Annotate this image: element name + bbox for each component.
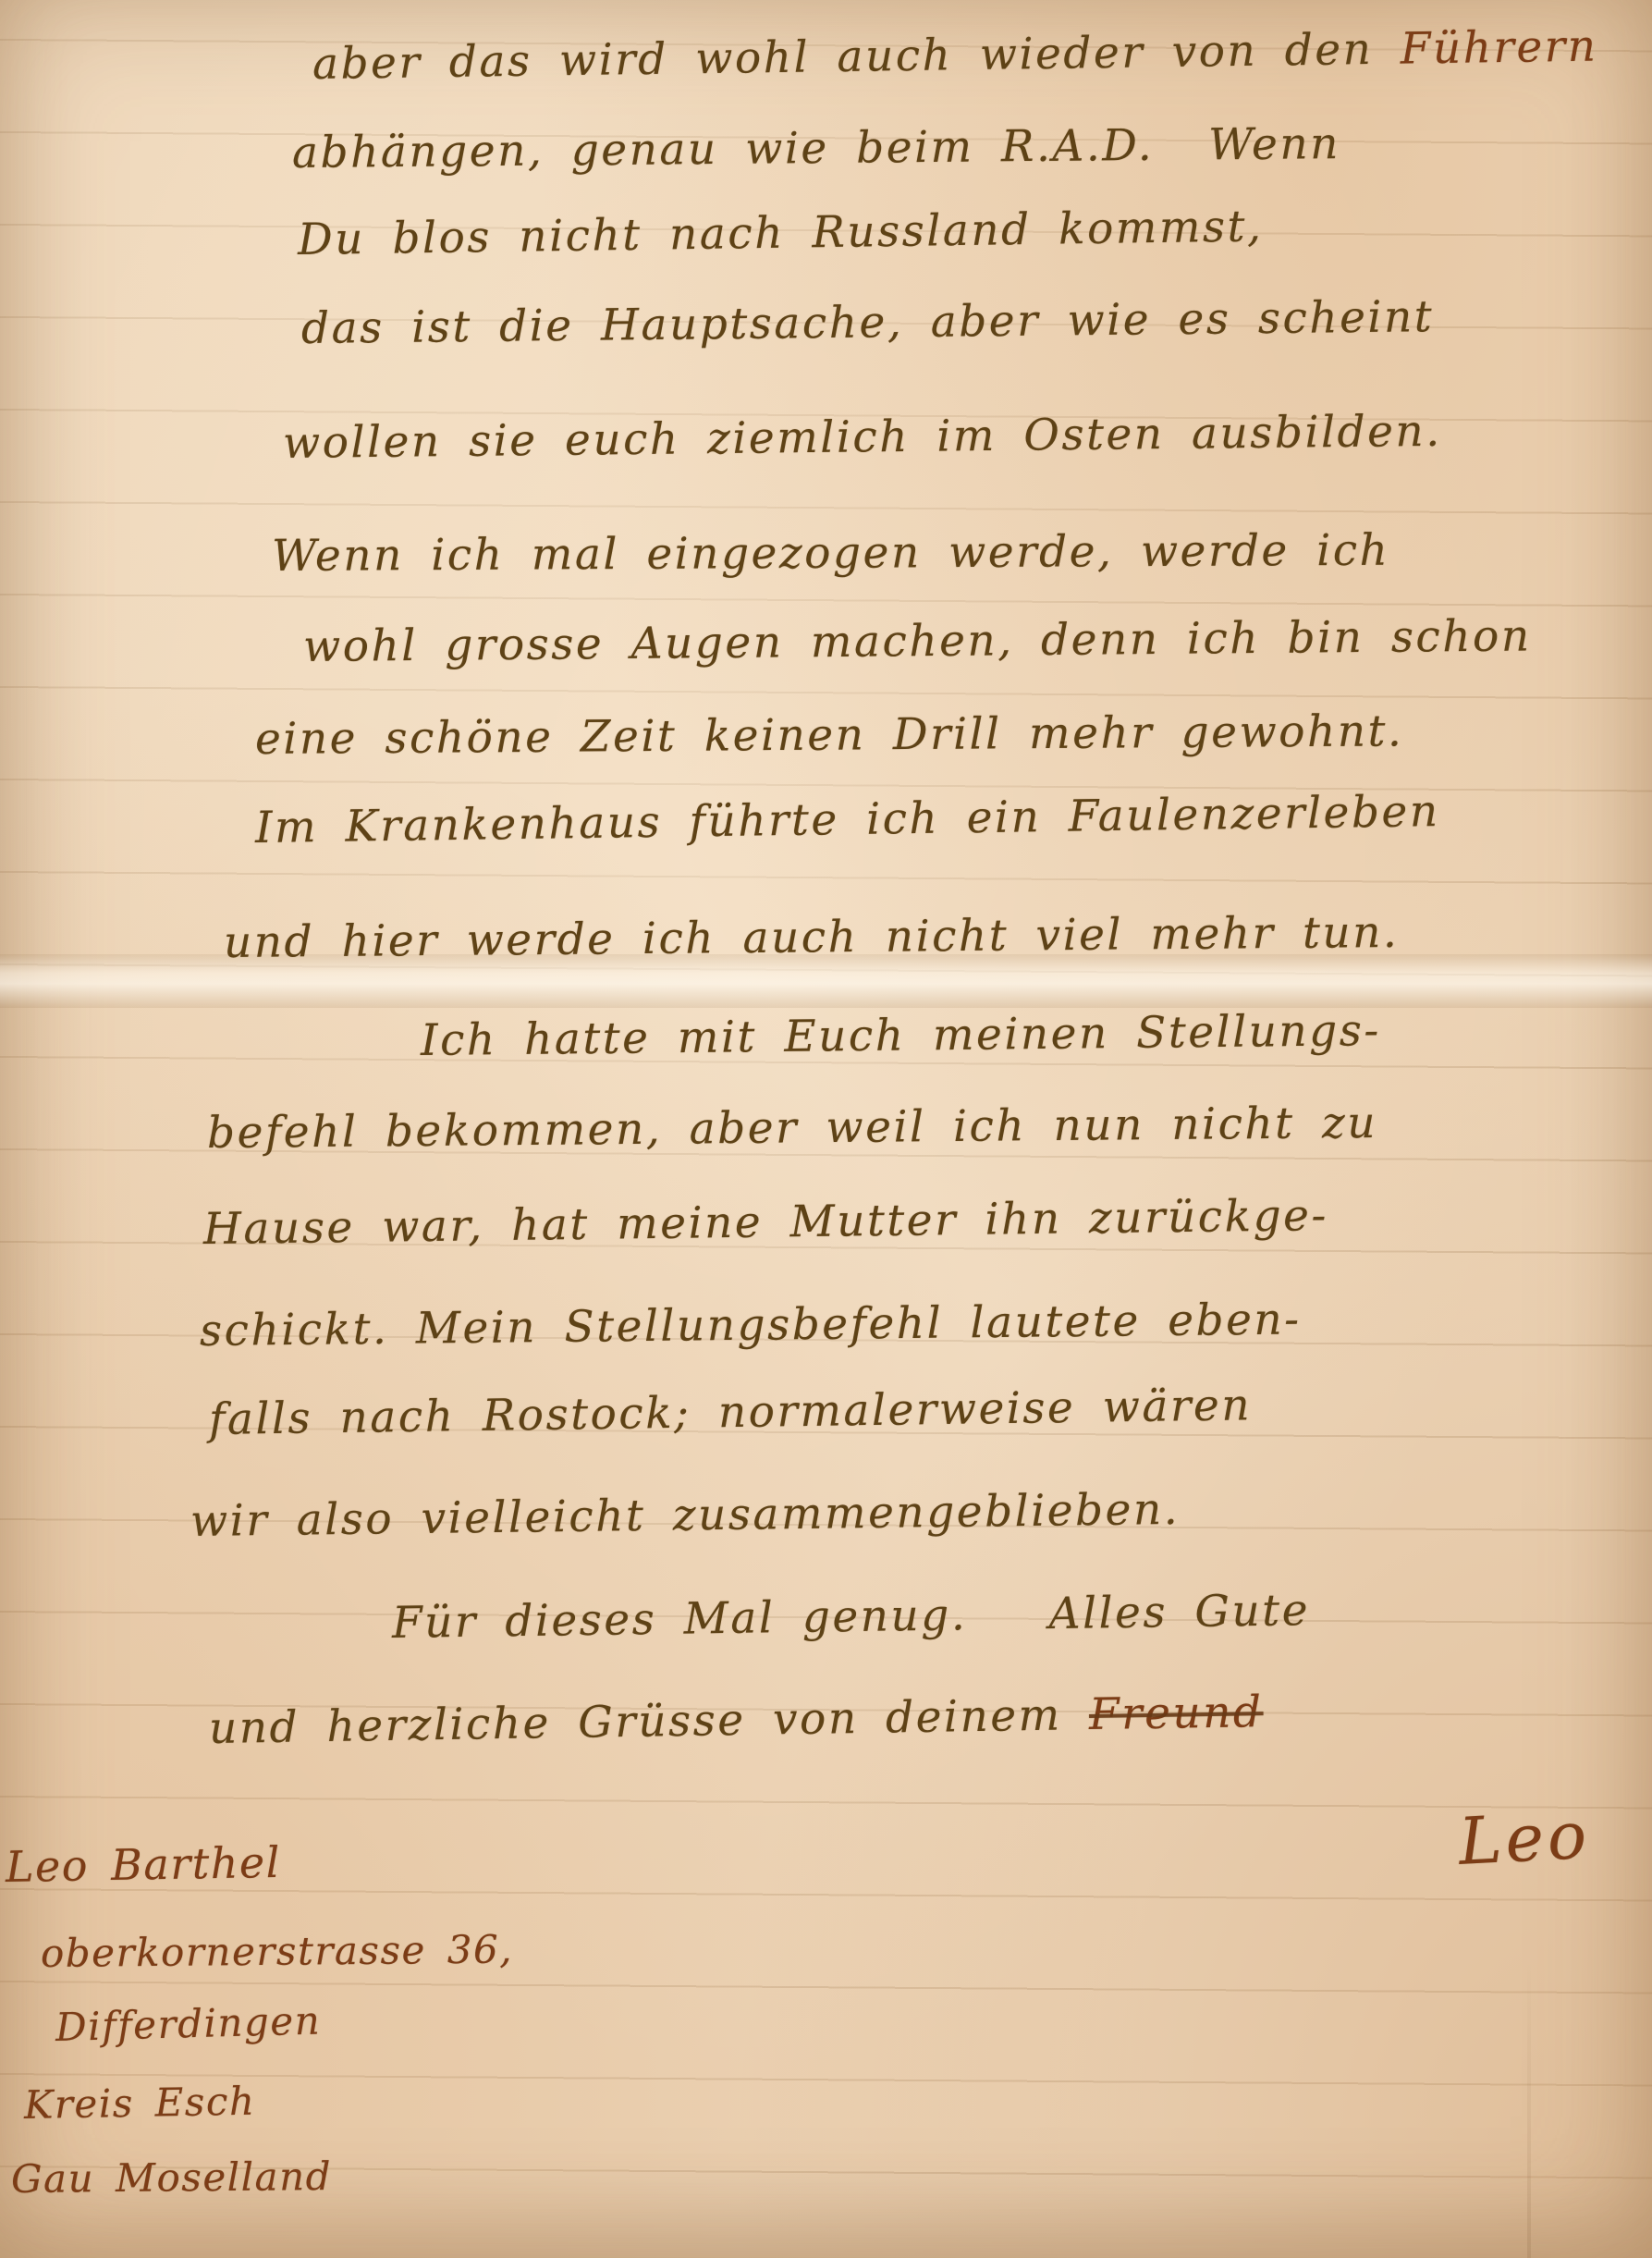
address-line: Gau Moselland [11, 2154, 332, 2203]
address-line: Kreis Esch [24, 2079, 256, 2129]
letter-page: aber das wird wohl auch wieder von den F… [0, 0, 1652, 2258]
letter-line: das ist die Hauptsache, aber wie es sche… [301, 291, 1435, 355]
letter-line: abhängen, genau wie beim R.A.D. Wenn [292, 118, 1340, 179]
letter-line: schickt. Mein Stellungsbefehl lautete eb… [200, 1295, 1302, 1358]
letter-line: Wenn ich mal eingezogen werde, werde ich [272, 525, 1390, 583]
closing-line-text: und herzliche Grüsse von deinem [209, 1689, 1090, 1754]
address-line: oberkornerstrasse 36, [41, 1927, 513, 1978]
letter-line: wollen sie euch ziemlich im Osten ausbil… [283, 406, 1442, 471]
closing-line: Für dieses Mal genug. Alles Gute [392, 1585, 1311, 1650]
closing-line: und herzliche Grüsse von deinem Freund [209, 1687, 1264, 1755]
letter-line: wohl grosse Augen machen, denn ich bin s… [303, 610, 1532, 673]
struck-word-freund: Freund [1089, 1687, 1264, 1740]
letter-line: und hier werde ich auch nicht viel mehr … [224, 907, 1400, 969]
letter-line: Du blos nicht nach Russland kommst, [298, 201, 1264, 266]
address-line: Differdingen [55, 1997, 322, 2051]
vertical-crease [1527, 1960, 1531, 2258]
letter-line: Im Krankenhaus führte ich ein Faulenzerl… [255, 786, 1440, 854]
address-line: Leo Barthel [6, 1837, 282, 1893]
signature: Leo [1457, 1797, 1592, 1881]
letter-line: wir also vielleicht zusammengeblieben. [190, 1484, 1181, 1548]
letter-line: eine schöne Zeit keinen Drill mehr gewoh… [255, 706, 1404, 766]
letter-line: befehl bekommen, aber weil ich nun nicht… [207, 1098, 1378, 1160]
letter-line: Hause war, hat meine Mutter ihn zurückge… [203, 1190, 1329, 1256]
letter-line-accent-word: Führern [1400, 21, 1597, 75]
letter-line: falls nach Rostock; normalerweise wären [209, 1380, 1253, 1446]
letter-line-text: aber das wird wohl auch wieder von den [312, 24, 1401, 90]
letter-line: Ich hatte mit Euch meinen Stellungs- [421, 1005, 1381, 1067]
letter-line: aber das wird wohl auch wieder von den F… [312, 21, 1598, 92]
